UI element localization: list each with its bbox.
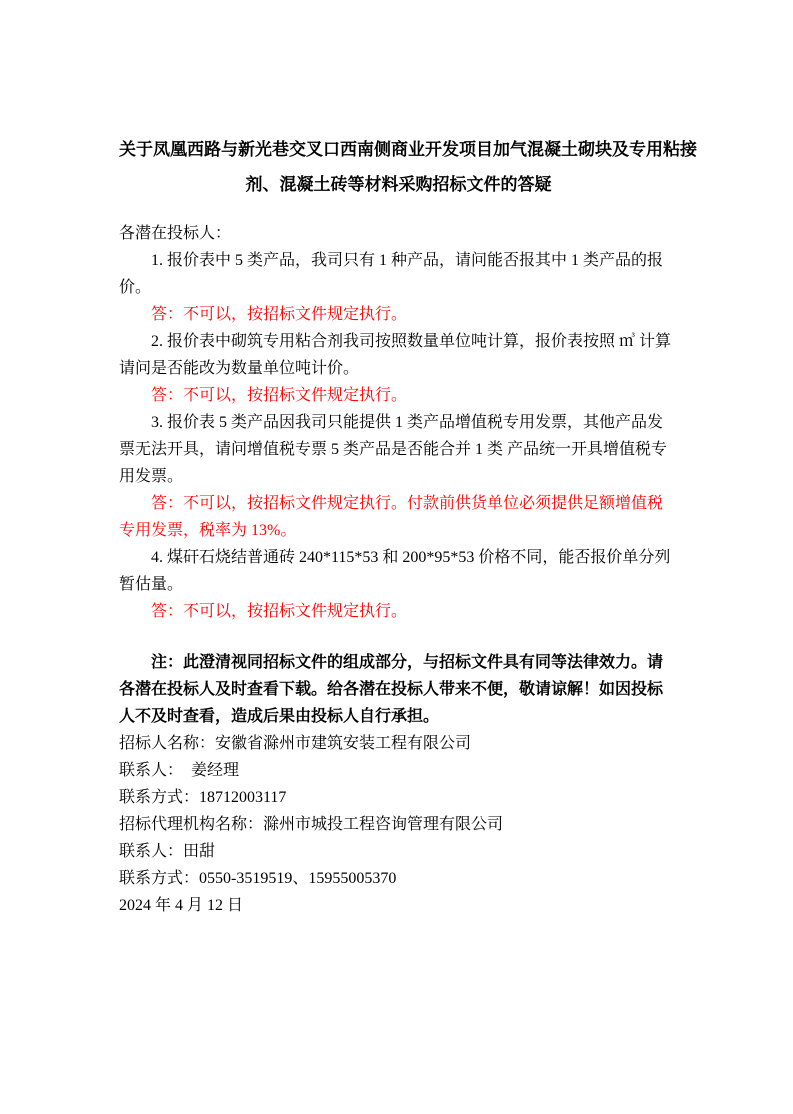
salutation: 各潜在投标人： bbox=[119, 220, 678, 247]
document-title-line-2: 剂、混凝土砖等材料采购招标文件的答疑 bbox=[119, 167, 678, 202]
question-4: 4. 煤矸石烧结普通砖 240*115*53 和 200*95*53 价格不同，… bbox=[119, 544, 678, 598]
question-2: 2. 报价表中砌筑专用粘合剂我司按照数量单位吨计算，报价表按照 ㎥ 计算请问是否… bbox=[119, 328, 678, 382]
question-3: 3. 报价表 5 类产品因我司只能提供 1 类产品增值税专用发票，其他产品发票无… bbox=[119, 409, 678, 490]
date-line: 2024 年 4 月 12 日 bbox=[119, 892, 678, 919]
note-paragraph: 注：此澄清视同招标文件的组成部分，与招标文件具有同等法律效力。请各潜在投标人及时… bbox=[119, 649, 678, 730]
answer-2: 答：不可以，按招标文件规定执行。 bbox=[119, 382, 678, 409]
document-title-line-1: 关于凤凰西路与新光巷交叉口西南侧商业开发项目加气混凝土砌块及专用粘接 bbox=[119, 132, 678, 167]
blank-line bbox=[119, 625, 678, 649]
agency-contact-person-line: 联系人：田甜 bbox=[119, 838, 678, 865]
document-page: 关于凤凰西路与新光巷交叉口西南侧商业开发项目加气混凝土砌块及专用粘接 剂、混凝土… bbox=[0, 0, 793, 1114]
bidder-name-line: 招标人名称：安徽省滁州市建筑安装工程有限公司 bbox=[119, 730, 678, 757]
bidder-contact-person-line: 联系人： 姜经理 bbox=[119, 757, 678, 784]
agency-contact-phone-line: 联系方式：0550-3519519、15955005370 bbox=[119, 865, 678, 892]
agency-name-line: 招标代理机构名称：滁州市城投工程咨询管理有限公司 bbox=[119, 811, 678, 838]
document-title: 关于凤凰西路与新光巷交叉口西南侧商业开发项目加气混凝土砌块及专用粘接 剂、混凝土… bbox=[119, 132, 678, 202]
answer-3: 答：不可以，按招标文件规定执行。付款前供货单位必须提供足额增值税专用发票，税率为… bbox=[119, 490, 678, 544]
answer-4: 答：不可以，按招标文件规定执行。 bbox=[119, 598, 678, 625]
question-1: 1. 报价表中 5 类产品，我司只有 1 种产品，请问能否报其中 1 类产品的报… bbox=[119, 247, 678, 301]
bidder-contact-phone-line: 联系方式：18712003117 bbox=[119, 784, 678, 811]
answer-1: 答：不可以，按招标文件规定执行。 bbox=[119, 301, 678, 328]
